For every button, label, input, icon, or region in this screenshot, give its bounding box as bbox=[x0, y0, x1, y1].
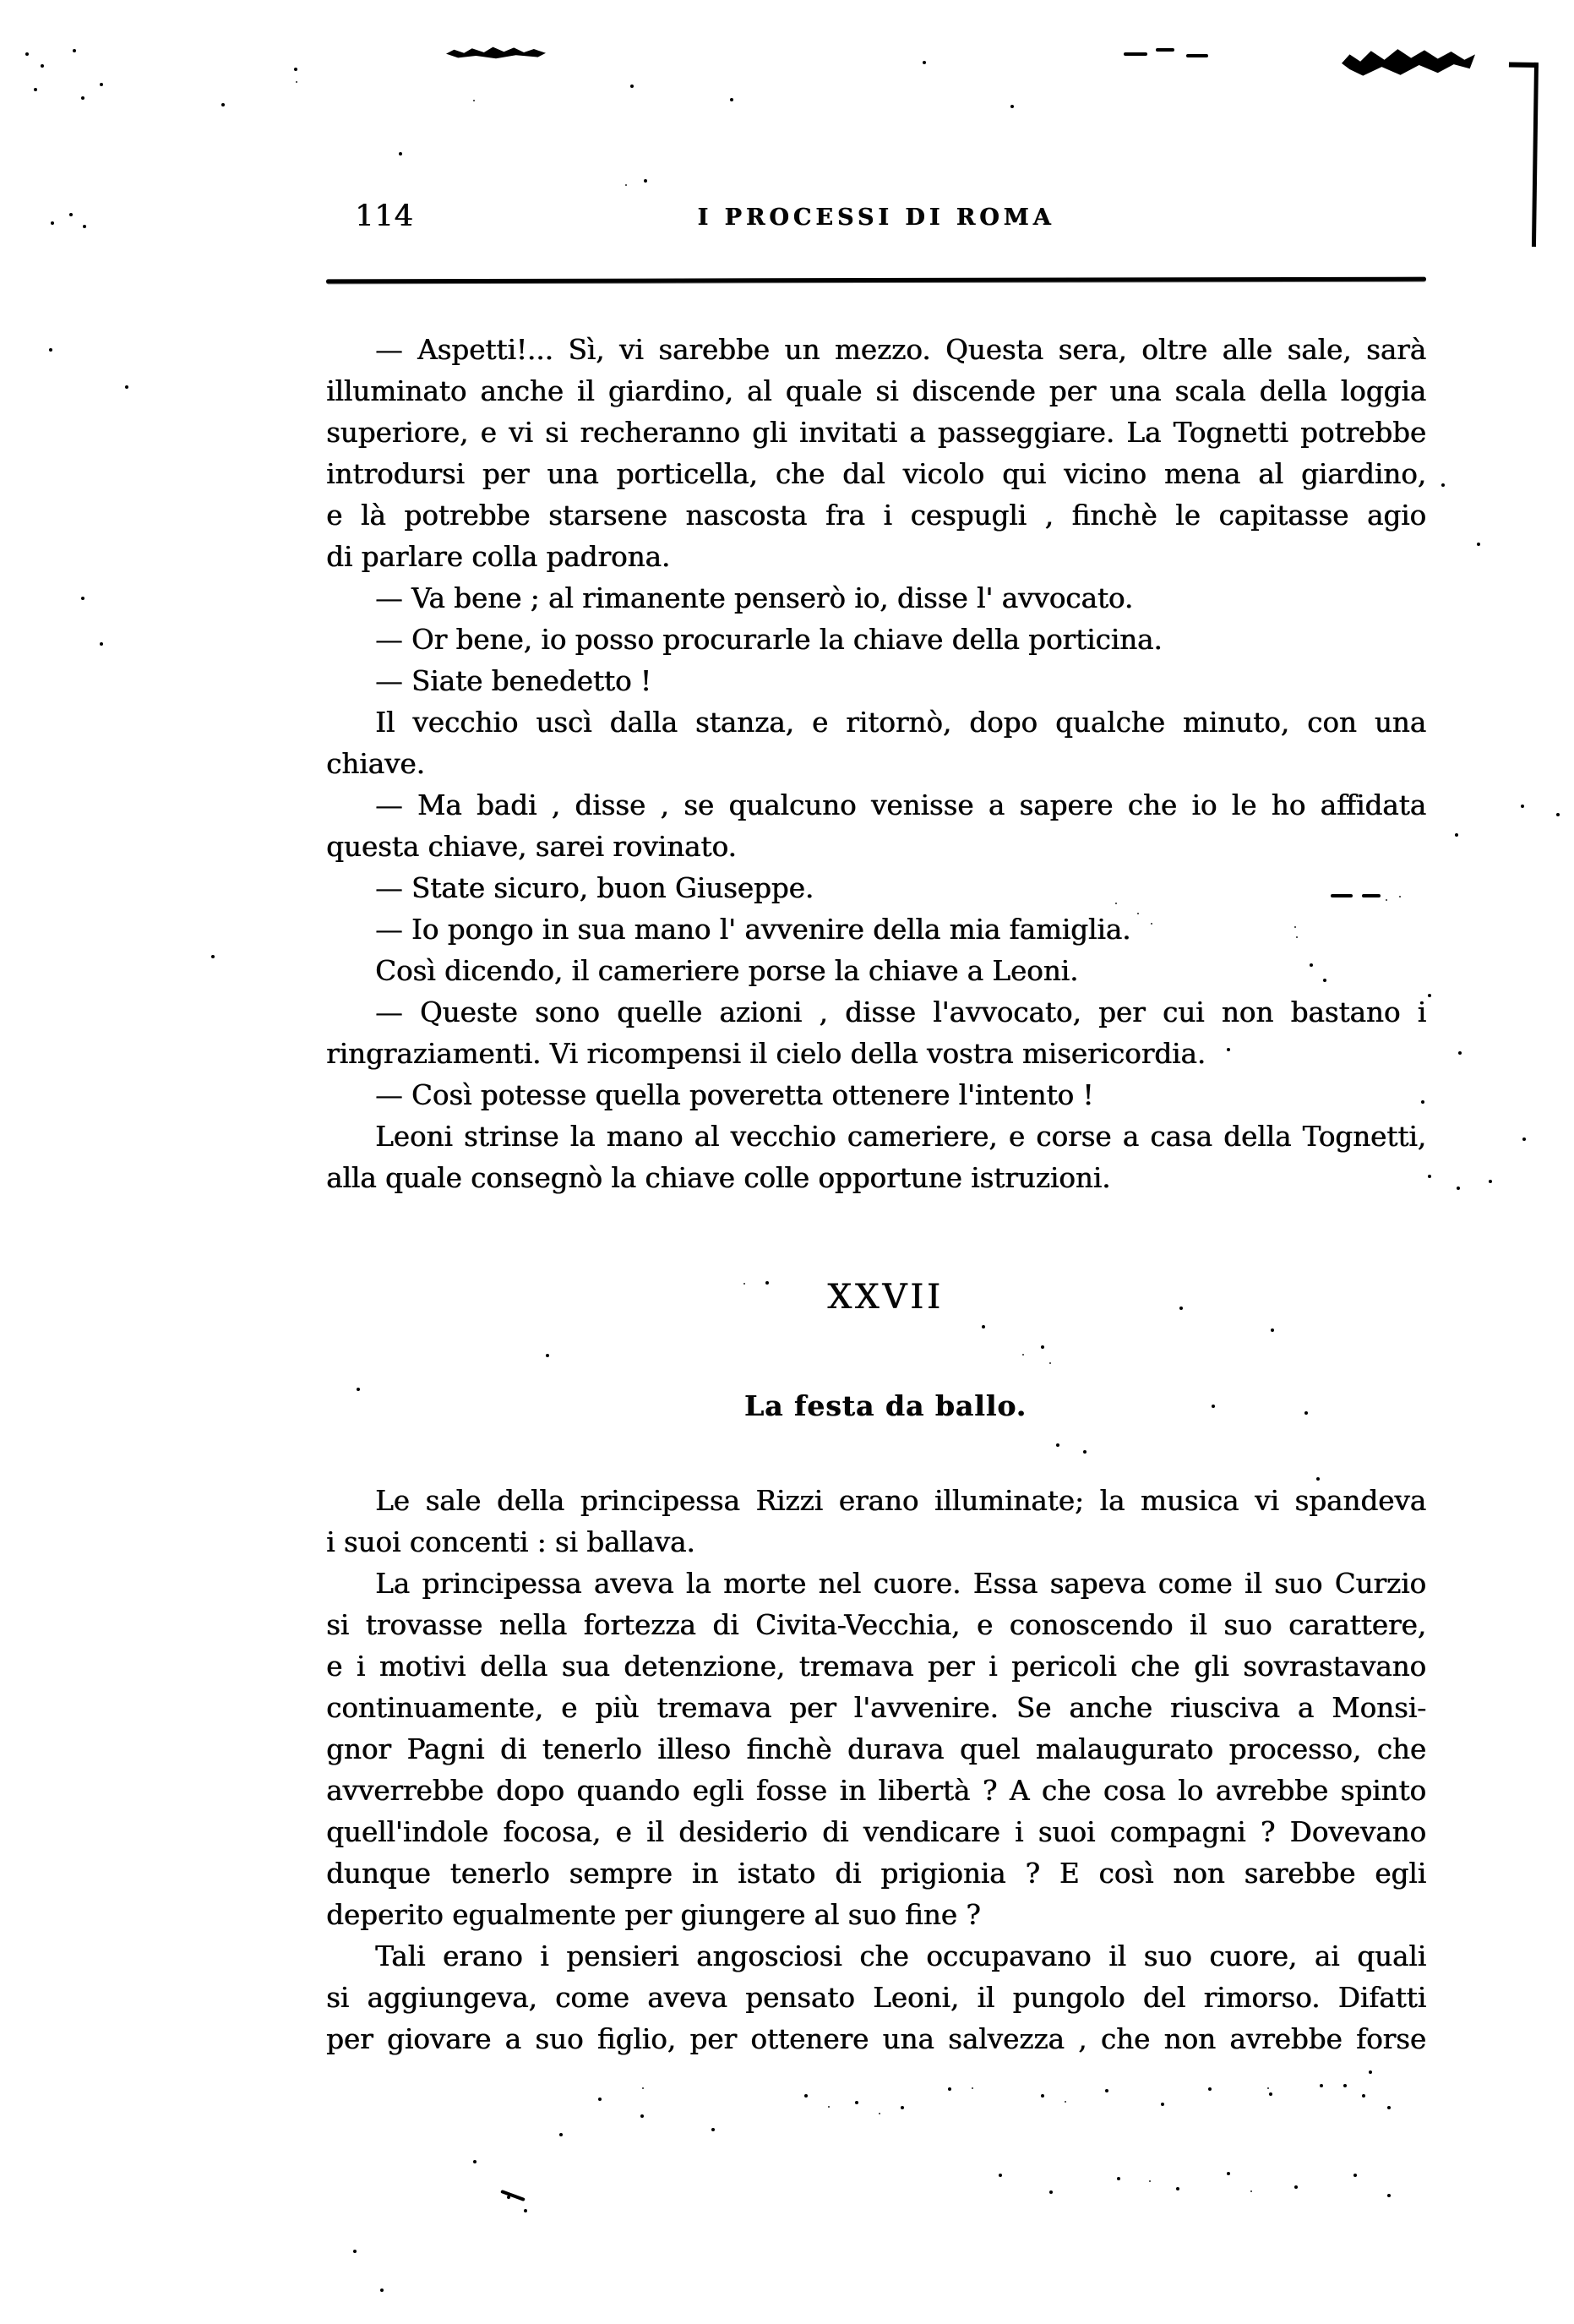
chapter-number: XXVII bbox=[326, 1278, 1426, 1317]
text-line: — Va bene ; al rimanente penserò io, dis… bbox=[326, 578, 1426, 619]
text-line: quell'indole focosa, e il desiderio di v… bbox=[326, 1812, 1426, 1853]
text-line: i suoi concenti : si ballava. bbox=[326, 1522, 1426, 1563]
text-line: Leoni strinse la mano al vecchio camerie… bbox=[326, 1116, 1426, 1158]
text-line: si trovasse nella fortezza di Civita-Vec… bbox=[326, 1605, 1426, 1646]
header-rule bbox=[326, 277, 1426, 284]
text-line: — Io pongo in sua mano l' avvenire della… bbox=[326, 909, 1426, 951]
scan-corner-mark bbox=[1506, 63, 1539, 247]
scan-speckles bbox=[0, 0, 3, 3]
text-line: questa chiave, sarei rovinato. bbox=[326, 826, 1426, 868]
text-line: illuminato anche il giardino, al quale s… bbox=[326, 371, 1426, 412]
scan-smear-mark bbox=[1186, 54, 1208, 57]
text-line: per giovare a suo figlio, per ottenere u… bbox=[326, 2019, 1426, 2060]
text-line: superiore, e vi si recheranno gli invita… bbox=[326, 412, 1426, 454]
body-text-block-2: Le sale della principessa Rizzi erano il… bbox=[326, 1481, 1426, 2060]
text-line: di parlare colla padrona. bbox=[326, 537, 1426, 578]
scan-smear-mark bbox=[500, 2190, 526, 2201]
text-line: gnor Pagni di tenerlo illeso finchè dura… bbox=[326, 1729, 1426, 1770]
text-line: dunque tenerlo sempre in istato di prigi… bbox=[326, 1853, 1426, 1895]
text-line: Il vecchio uscì dalla stanza, e ritornò,… bbox=[326, 702, 1426, 744]
running-title: I PROCESSI DI ROMA bbox=[326, 205, 1426, 231]
text-line: — Siate benedetto ! bbox=[326, 661, 1426, 702]
scan-smudge bbox=[446, 46, 546, 59]
page-header: 114 I PROCESSI DI ROMA bbox=[326, 198, 1426, 238]
text-line: — Ma badi , disse , se qualcuno venisse … bbox=[326, 785, 1426, 826]
text-line: chiave. bbox=[326, 744, 1426, 785]
text-line: — State sicuro, buon Giuseppe. bbox=[326, 868, 1426, 909]
text-line: ringraziamenti. Vi ricompensi il cielo d… bbox=[326, 1034, 1426, 1075]
text-line: continuamente, e più tremava per l'avven… bbox=[326, 1688, 1426, 1729]
text-line: Così dicendo, il cameriere porse la chia… bbox=[326, 951, 1426, 992]
text-line: — Così potesse quella poveretta ottenere… bbox=[326, 1075, 1426, 1116]
scan-speckles-fine bbox=[0, 0, 2, 2]
body-text-block-1: — Aspetti!... Sì, vi sarebbe un mezzo. Q… bbox=[326, 330, 1426, 1199]
text-line: — Aspetti!... Sì, vi sarebbe un mezzo. Q… bbox=[326, 330, 1426, 371]
text-line: — Queste sono quelle azioni , disse l'av… bbox=[326, 992, 1426, 1034]
scan-smear-mark bbox=[1124, 52, 1147, 56]
text-line: deperito egualmente per giungere al suo … bbox=[326, 1895, 1426, 1936]
text-line: La principessa aveva la morte nel cuore.… bbox=[326, 1563, 1426, 1605]
text-line: Tali erano i pensieri angosciosi che occ… bbox=[326, 1936, 1426, 1978]
scan-smear-mark bbox=[1362, 894, 1381, 897]
text-line: e là potrebbe starsene nascosta fra i ce… bbox=[326, 495, 1426, 537]
text-line: Le sale della principessa Rizzi erano il… bbox=[326, 1481, 1426, 1522]
text-line: e i motivi della sua detenzione, tremava… bbox=[326, 1646, 1426, 1688]
book-page: 114 I PROCESSI DI ROMA — Aspetti!... Sì,… bbox=[0, 0, 1574, 2324]
scan-smear-mark bbox=[1331, 894, 1353, 897]
text-line: — Or bene, io posso procurarle la chiave… bbox=[326, 619, 1426, 661]
scan-smear-mark bbox=[1156, 48, 1174, 52]
chapter-title: La festa da ballo. bbox=[326, 1389, 1426, 1422]
text-line: si aggiungeva, come aveva pensato Leoni,… bbox=[326, 1978, 1426, 2019]
text-line: avverrebbe dopo quando egli fosse in lib… bbox=[326, 1770, 1426, 1812]
text-line: alla quale consegnò la chiave colle oppo… bbox=[326, 1158, 1426, 1199]
scan-smudge bbox=[1342, 47, 1475, 83]
text-line: introdursi per una porticella, che dal v… bbox=[326, 454, 1426, 495]
